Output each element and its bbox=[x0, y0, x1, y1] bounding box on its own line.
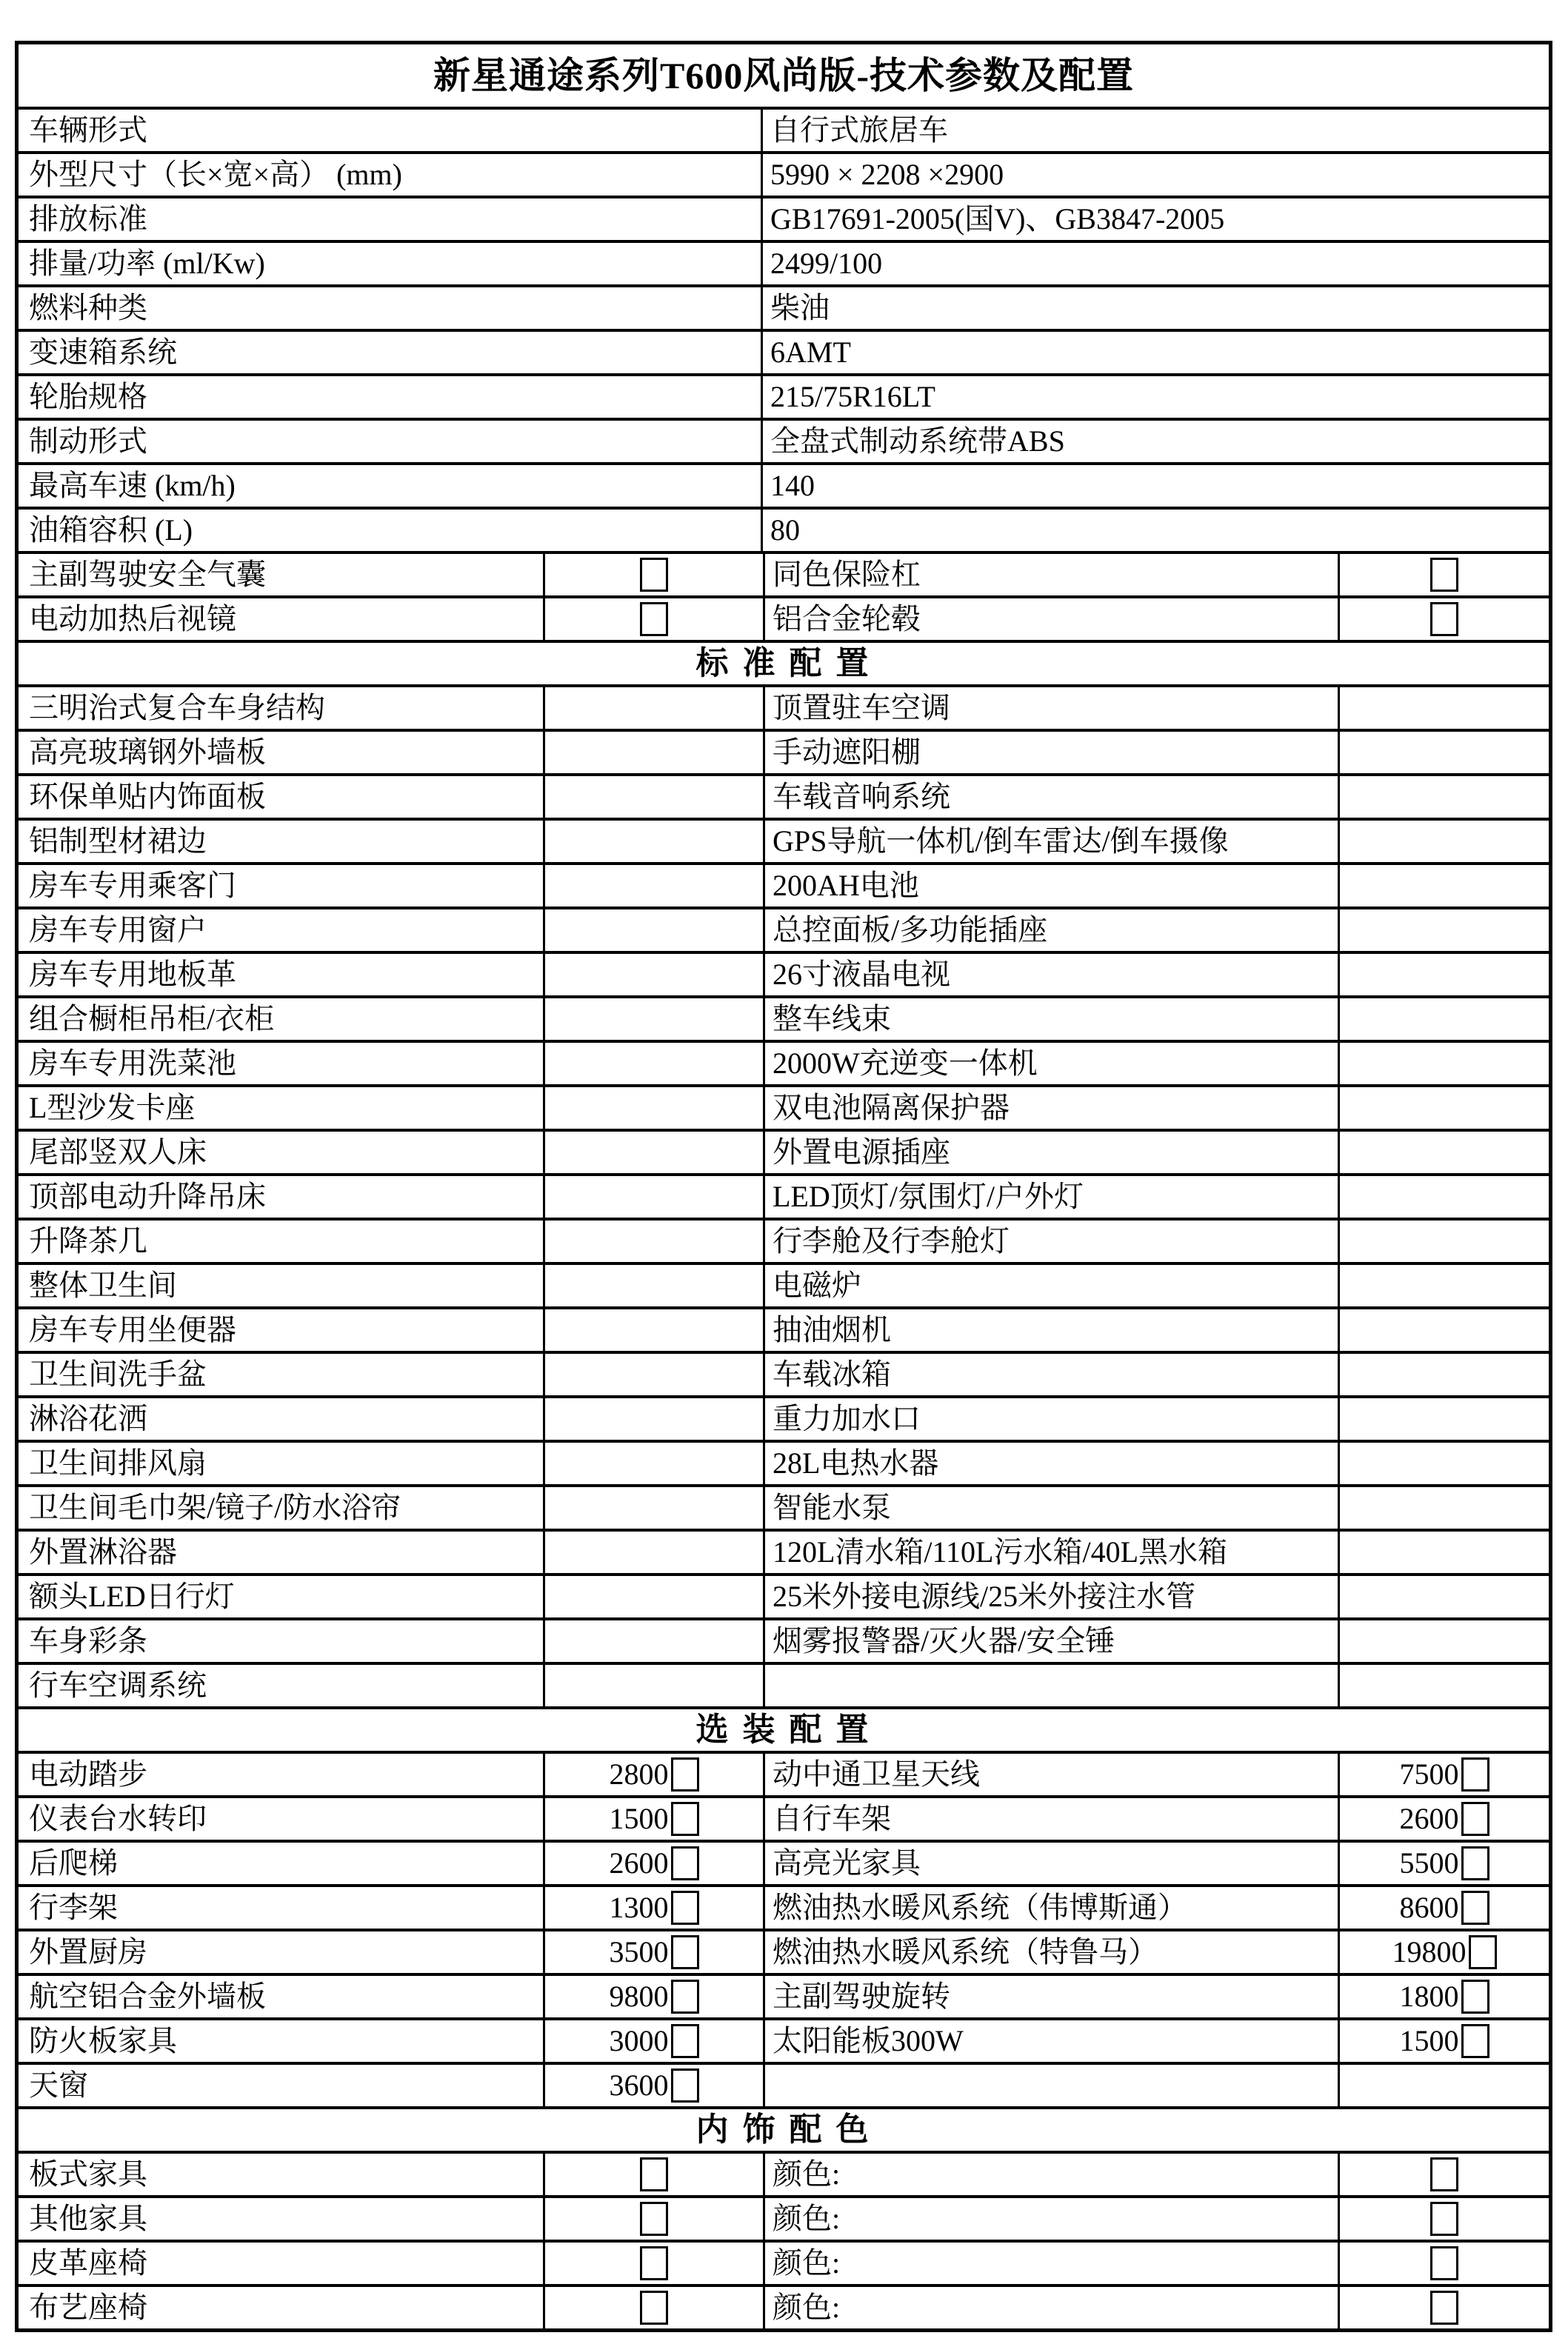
option-right-label: 太阳能板300W bbox=[773, 2026, 964, 2057]
feature-left-label: 尾部竖双人床 bbox=[29, 1137, 207, 1168]
spec-row: 轮胎规格215/75R16LT bbox=[19, 373, 1549, 418]
interior-left-checkbox-cell bbox=[543, 2287, 763, 2328]
section-header-cell: 选 装 配 置 bbox=[19, 1709, 1549, 1751]
feature-left-cell: 尾部竖双人床 bbox=[19, 1132, 543, 1173]
empty-cell bbox=[543, 1176, 763, 1218]
option-left-cell: 仪表台水转印 bbox=[19, 1798, 543, 1840]
option-right-cell: 主副驾驶旋转 bbox=[763, 1976, 1338, 2017]
empty-cell bbox=[1338, 865, 1549, 906]
standard-feature-row: 三明治式复合车身结构顶置驻车空调 bbox=[19, 684, 1549, 729]
empty-cell bbox=[1338, 687, 1549, 729]
option-checkbox[interactable] bbox=[1430, 2202, 1458, 2236]
interior-left-checkbox-cell bbox=[543, 2243, 763, 2284]
empty-cell bbox=[543, 687, 763, 729]
feature-right-label: 电磁炉 bbox=[773, 1270, 861, 1301]
spec-row: 油箱容积 (L)80 bbox=[19, 507, 1549, 551]
empty-cell bbox=[1338, 732, 1549, 773]
feature-left-label: 高亮玻璃钢外墙板 bbox=[29, 737, 266, 768]
option-right-price-cell: 19800 bbox=[1338, 1931, 1549, 1973]
empty-cell bbox=[1338, 1443, 1549, 1484]
option-checkbox[interactable] bbox=[1461, 1802, 1489, 1836]
feature-left-label: 行车空调系统 bbox=[29, 1670, 207, 1701]
option-checkbox[interactable] bbox=[671, 1757, 699, 1792]
option-right-price: 8600 bbox=[1400, 1892, 1459, 1923]
empty-cell bbox=[543, 954, 763, 995]
option-checkbox[interactable] bbox=[640, 602, 668, 636]
feature-left-cell: 卫生间洗手盆 bbox=[19, 1354, 543, 1395]
feature-left-cell: 房车专用窗户 bbox=[19, 909, 543, 951]
feature-right-label: GPS导航一体机/倒车雷达/倒车摄像 bbox=[773, 826, 1229, 857]
interior-color-cell: 颜色: bbox=[763, 2154, 1338, 2195]
option-checkbox[interactable] bbox=[671, 1935, 699, 1969]
spec-label: 车辆形式 bbox=[29, 115, 147, 146]
option-checkbox[interactable] bbox=[1430, 2291, 1458, 2325]
option-right-label: 动中通卫星天线 bbox=[773, 1759, 980, 1790]
feature-right-label: 车载音响系统 bbox=[773, 781, 950, 812]
optional-feature-row: 行李架1300燃油热水暖风系统（伟博斯通）8600 bbox=[19, 1884, 1549, 1929]
empty-cell bbox=[1338, 1043, 1549, 1084]
empty-cell bbox=[1338, 776, 1549, 818]
option-checkbox[interactable] bbox=[1461, 1891, 1489, 1925]
optional-section-header-row: 选 装 配 置 bbox=[19, 1706, 1549, 1751]
title-row: 新星通途系列T600风尚版-技术参数及配置 bbox=[19, 44, 1549, 107]
standard-feature-row: 铝制型材裙边GPS导航一体机/倒车雷达/倒车摄像 bbox=[19, 818, 1549, 862]
interior-right-checkbox-cell bbox=[1338, 2287, 1549, 2328]
optional-feature-row: 外置厨房3500燃油热水暖风系统（特鲁马）19800 bbox=[19, 1929, 1549, 1973]
spec-row: 外型尺寸（长×宽×高） (mm)5990 × 2208 ×2900 bbox=[19, 151, 1549, 196]
option-right-price: 1800 bbox=[1400, 1981, 1459, 2012]
interior-right-checkbox-cell bbox=[1338, 2154, 1549, 2195]
spec-row: 排放标准GB17691-2005(国V)、GB3847-2005 bbox=[19, 196, 1549, 240]
standard-feature-row: 房车专用洗菜池2000W充逆变一体机 bbox=[19, 1040, 1549, 1084]
feature-right-cell: 行李舱及行李舱灯 bbox=[763, 1221, 1338, 1262]
empty-cell bbox=[543, 1132, 763, 1173]
option-left-cell: 行李架 bbox=[19, 1887, 543, 1929]
standard-feature-row: 房车专用乘客门200AH电池 bbox=[19, 862, 1549, 906]
interior-item-cell: 皮革座椅 bbox=[19, 2243, 543, 2284]
feature-right-cell: LED顶灯/氛围灯/户外灯 bbox=[763, 1176, 1338, 1218]
feature-left-cell: 组合橱柜吊柜/衣柜 bbox=[19, 998, 543, 1040]
option-right-price-cell: 8600 bbox=[1338, 1887, 1549, 1929]
standard-feature-row: 房车专用窗户总控面板/多功能插座 bbox=[19, 906, 1549, 951]
interior-color-row: 板式家具颜色: bbox=[19, 2151, 1549, 2195]
equipment-row: 电动加热后视镜铝合金轮毂 bbox=[19, 595, 1549, 640]
equipment-right-checkbox-cell bbox=[1338, 554, 1549, 595]
feature-right-label: 2000W充逆变一体机 bbox=[773, 1048, 1038, 1079]
feature-left-label: 房车专用地板革 bbox=[29, 959, 236, 990]
option-right-cell: 自行车架 bbox=[763, 1798, 1338, 1840]
empty-cell bbox=[1338, 1487, 1549, 1529]
empty-cell bbox=[543, 1398, 763, 1440]
feature-left-label: 卫生间排风扇 bbox=[29, 1448, 207, 1479]
equipment-right-label: 同色保险杠 bbox=[773, 559, 921, 590]
standard-feature-row: L型沙发卡座双电池隔离保护器 bbox=[19, 1084, 1549, 1129]
spec-label: 外型尺寸（长×宽×高） (mm) bbox=[29, 159, 402, 190]
feature-left-label: 三明治式复合车身结构 bbox=[29, 692, 325, 724]
option-right-price-cell: 7500 bbox=[1338, 1754, 1549, 1795]
option-left-cell: 电动踏步 bbox=[19, 1754, 543, 1795]
spec-label: 油箱容积 (L) bbox=[29, 515, 193, 546]
title-cell: 新星通途系列T600风尚版-技术参数及配置 bbox=[19, 44, 1549, 107]
feature-left-cell: 行车空调系统 bbox=[19, 1665, 543, 1706]
option-checkbox[interactable] bbox=[671, 2068, 699, 2103]
optional-feature-row: 电动踏步2800动中通卫星天线7500 bbox=[19, 1751, 1549, 1795]
standard-feature-row: 房车专用坐便器抽油烟机 bbox=[19, 1306, 1549, 1351]
option-checkbox[interactable] bbox=[640, 2202, 668, 2236]
option-left-price-cell: 3600 bbox=[543, 2065, 763, 2106]
option-checkbox[interactable] bbox=[640, 2157, 668, 2191]
spec-value-cell: 2499/100 bbox=[761, 243, 1549, 284]
spec-label: 排量/功率 (ml/Kw) bbox=[29, 248, 265, 279]
empty-cell bbox=[1338, 1354, 1549, 1395]
spec-value: 80 bbox=[770, 515, 800, 546]
interior-item-label: 皮革座椅 bbox=[29, 2248, 147, 2279]
option-checkbox[interactable] bbox=[671, 1891, 699, 1925]
spec-value-cell: 215/75R16LT bbox=[761, 376, 1549, 418]
empty-cell bbox=[1338, 1132, 1549, 1173]
option-left-price: 2800 bbox=[610, 1759, 669, 1790]
option-left-label: 外置厨房 bbox=[29, 1937, 147, 1968]
option-checkbox[interactable] bbox=[1461, 1846, 1489, 1880]
empty-cell bbox=[1338, 1087, 1549, 1129]
feature-right-label: 手动遮阳棚 bbox=[773, 737, 921, 768]
feature-right-cell: 外置电源插座 bbox=[763, 1132, 1338, 1173]
option-checkbox[interactable] bbox=[1430, 602, 1458, 636]
option-left-price: 9800 bbox=[610, 1981, 669, 2012]
option-checkbox[interactable] bbox=[671, 1802, 699, 1836]
spec-label-cell: 车辆形式 bbox=[19, 110, 761, 151]
feature-right-label: 车载冰箱 bbox=[773, 1359, 891, 1390]
empty-cell bbox=[1338, 1665, 1549, 1706]
interior-left-checkbox-cell bbox=[543, 2198, 763, 2240]
feature-left-cell: 房车专用洗菜池 bbox=[19, 1043, 543, 1084]
feature-right-label: 总控面板/多功能插座 bbox=[773, 915, 1047, 946]
empty-cell bbox=[1338, 1176, 1549, 1218]
spec-row: 最高车速 (km/h)140 bbox=[19, 462, 1549, 507]
interior-right-checkbox-cell bbox=[1338, 2198, 1549, 2240]
empty-cell bbox=[543, 1443, 763, 1484]
spec-label: 变速箱系统 bbox=[29, 337, 177, 368]
feature-left-cell: 卫生间排风扇 bbox=[19, 1443, 543, 1484]
option-right-cell: 太阳能板300W bbox=[763, 2020, 1338, 2062]
interior-section-header-row: 内 饰 配 色 bbox=[19, 2106, 1549, 2151]
interior-color-label: 颜色: bbox=[773, 2248, 840, 2279]
feature-right-label: 25米外接电源线/25米外接注水管 bbox=[773, 1581, 1195, 1612]
spec-value: 2499/100 bbox=[770, 248, 882, 279]
section-header-label: 选 装 配 置 bbox=[696, 1713, 872, 1747]
feature-right-label: LED顶灯/氛围灯/户外灯 bbox=[773, 1181, 1084, 1212]
option-left-price: 3500 bbox=[610, 1937, 669, 1968]
equipment-right-cell: 同色保险杠 bbox=[763, 554, 1338, 595]
interior-color-row: 其他家具颜色: bbox=[19, 2195, 1549, 2240]
feature-right-label: 顶置驻车空调 bbox=[773, 692, 950, 724]
standard-feature-row: 房车专用地板革26寸液晶电视 bbox=[19, 951, 1549, 995]
spec-value: 自行式旅居车 bbox=[770, 115, 948, 146]
feature-left-cell: 房车专用乘客门 bbox=[19, 865, 543, 906]
spec-value: 215/75R16LT bbox=[770, 381, 935, 413]
spec-row: 车辆形式自行式旅居车 bbox=[19, 107, 1549, 151]
option-right-cell bbox=[763, 2065, 1338, 2106]
option-checkbox[interactable] bbox=[1461, 1980, 1489, 2014]
feature-left-label: 卫生间毛巾架/镜子/防水浴帘 bbox=[29, 1492, 401, 1523]
option-checkbox[interactable] bbox=[1461, 1757, 1489, 1792]
feature-left-label: 组合橱柜吊柜/衣柜 bbox=[29, 1004, 274, 1035]
option-right-cell: 高亮光家具 bbox=[763, 1843, 1338, 1884]
option-left-price-cell: 3500 bbox=[543, 1931, 763, 1973]
equipment-left-label: 主副驾驶安全气囊 bbox=[29, 559, 266, 590]
option-right-cell: 燃油热水暖风系统（特鲁马） bbox=[763, 1931, 1338, 1973]
equipment-left-cell: 电动加热后视镜 bbox=[19, 598, 543, 640]
option-checkbox[interactable] bbox=[1430, 2246, 1458, 2280]
option-left-label: 仪表台水转印 bbox=[29, 1803, 207, 1834]
option-right-price: 7500 bbox=[1400, 1759, 1459, 1790]
spec-label: 最高车速 (km/h) bbox=[29, 470, 236, 501]
option-right-label: 主副驾驶旋转 bbox=[773, 1981, 950, 2012]
page: 新星通途系列T600风尚版-技术参数及配置车辆形式自行式旅居车外型尺寸（长×宽×… bbox=[0, 0, 1568, 2344]
empty-cell bbox=[543, 1221, 763, 1262]
standard-feature-row: 行车空调系统 bbox=[19, 1662, 1549, 1706]
empty-cell bbox=[543, 821, 763, 862]
feature-right-cell bbox=[763, 1665, 1338, 1706]
spec-row: 制动形式全盘式制动系统带ABS bbox=[19, 418, 1549, 462]
feature-left-label: 房车专用乘客门 bbox=[29, 870, 236, 901]
empty-cell bbox=[543, 1665, 763, 1706]
feature-right-cell: 26寸液晶电视 bbox=[763, 954, 1338, 995]
standard-section-header-row: 标 准 配 置 bbox=[19, 640, 1549, 684]
spec-label-cell: 排放标准 bbox=[19, 198, 761, 240]
option-right-price: 5500 bbox=[1400, 1848, 1459, 1879]
option-left-cell: 航空铝合金外墙板 bbox=[19, 1976, 543, 2017]
standard-feature-row: 淋浴花洒重力加水口 bbox=[19, 1395, 1549, 1440]
equipment-right-checkbox-cell bbox=[1338, 598, 1549, 640]
empty-cell bbox=[543, 1309, 763, 1351]
feature-left-cell: 环保单贴内饰面板 bbox=[19, 776, 543, 818]
equipment-left-label: 电动加热后视镜 bbox=[29, 604, 236, 635]
feature-left-cell: 淋浴花洒 bbox=[19, 1398, 543, 1440]
option-checkbox[interactable] bbox=[1461, 2024, 1489, 2058]
feature-left-cell: 高亮玻璃钢外墙板 bbox=[19, 732, 543, 773]
empty-cell bbox=[1338, 1265, 1549, 1306]
spec-label-cell: 油箱容积 (L) bbox=[19, 510, 761, 551]
feature-right-cell: 200AH电池 bbox=[763, 865, 1338, 906]
feature-right-cell: 电磁炉 bbox=[763, 1265, 1338, 1306]
feature-left-label: 车身彩条 bbox=[29, 1626, 147, 1657]
option-right-label: 高亮光家具 bbox=[773, 1848, 921, 1879]
option-checkbox[interactable] bbox=[671, 2024, 699, 2058]
standard-feature-row: 升降茶几行李舱及行李舱灯 bbox=[19, 1218, 1549, 1262]
feature-right-cell: 120L清水箱/110L污水箱/40L黑水箱 bbox=[763, 1532, 1338, 1573]
interior-color-label: 颜色: bbox=[773, 2292, 840, 2323]
spec-value: 全盘式制动系统带ABS bbox=[770, 426, 1065, 457]
feature-right-label: 200AH电池 bbox=[773, 870, 919, 901]
option-right-price: 19800 bbox=[1392, 1937, 1467, 1968]
feature-right-cell: 手动遮阳棚 bbox=[763, 732, 1338, 773]
empty-cell bbox=[1338, 821, 1549, 862]
empty-cell bbox=[1338, 1576, 1549, 1617]
option-left-price-cell: 9800 bbox=[543, 1976, 763, 2017]
equipment-row: 主副驾驶安全气囊同色保险杠 bbox=[19, 551, 1549, 595]
feature-left-cell: 三明治式复合车身结构 bbox=[19, 687, 543, 729]
feature-left-cell: 房车专用地板革 bbox=[19, 954, 543, 995]
empty-cell bbox=[543, 1487, 763, 1529]
feature-right-cell: 烟雾报警器/灭火器/安全锤 bbox=[763, 1620, 1338, 1662]
option-left-cell: 天窗 bbox=[19, 2065, 543, 2106]
feature-right-cell: 车载音响系统 bbox=[763, 776, 1338, 818]
interior-item-cell: 其他家具 bbox=[19, 2198, 543, 2240]
equipment-left-checkbox-cell bbox=[543, 554, 763, 595]
empty-cell bbox=[1338, 1221, 1549, 1262]
spec-value-cell: 柴油 bbox=[761, 287, 1549, 329]
feature-right-cell: 智能水泵 bbox=[763, 1487, 1338, 1529]
spec-table: 新星通途系列T600风尚版-技术参数及配置车辆形式自行式旅居车外型尺寸（长×宽×… bbox=[15, 41, 1552, 2332]
option-left-cell: 外置厨房 bbox=[19, 1931, 543, 1973]
feature-left-cell: 外置淋浴器 bbox=[19, 1532, 543, 1573]
optional-feature-row: 后爬梯2600高亮光家具5500 bbox=[19, 1840, 1549, 1884]
standard-feature-row: 卫生间毛巾架/镜子/防水浴帘智能水泵 bbox=[19, 1484, 1549, 1529]
option-right-price-cell: 1500 bbox=[1338, 2020, 1549, 2062]
feature-left-label: 外置淋浴器 bbox=[29, 1537, 177, 1568]
feature-left-cell: 升降茶几 bbox=[19, 1221, 543, 1262]
feature-right-label: 烟雾报警器/灭火器/安全锤 bbox=[773, 1626, 1115, 1657]
feature-left-label: L型沙发卡座 bbox=[29, 1092, 195, 1123]
option-checkbox[interactable] bbox=[640, 2291, 668, 2325]
standard-feature-row: 额头LED日行灯25米外接电源线/25米外接注水管 bbox=[19, 1573, 1549, 1617]
spec-label-cell: 最高车速 (km/h) bbox=[19, 465, 761, 507]
feature-right-label: 120L清水箱/110L污水箱/40L黑水箱 bbox=[773, 1537, 1227, 1568]
standard-feature-row: 卫生间洗手盆车载冰箱 bbox=[19, 1351, 1549, 1395]
empty-cell bbox=[1338, 1309, 1549, 1351]
spec-value-cell: 80 bbox=[761, 510, 1549, 551]
interior-color-row: 布艺座椅颜色: bbox=[19, 2284, 1549, 2328]
empty-cell bbox=[543, 1620, 763, 1662]
optional-feature-row: 仪表台水转印1500自行车架2600 bbox=[19, 1795, 1549, 1840]
empty-cell bbox=[1338, 998, 1549, 1040]
standard-feature-row: 环保单贴内饰面板车载音响系统 bbox=[19, 773, 1549, 818]
feature-right-cell: 重力加水口 bbox=[763, 1398, 1338, 1440]
empty-cell bbox=[543, 776, 763, 818]
empty-cell bbox=[1338, 909, 1549, 951]
option-checkbox[interactable] bbox=[1430, 558, 1458, 592]
option-checkbox[interactable] bbox=[1469, 1935, 1497, 1969]
option-left-price-cell: 2600 bbox=[543, 1843, 763, 1884]
empty-cell bbox=[543, 732, 763, 773]
spec-value: 柴油 bbox=[770, 293, 830, 324]
feature-left-cell: 房车专用坐便器 bbox=[19, 1309, 543, 1351]
section-header-label: 内 饰 配 色 bbox=[696, 2113, 872, 2147]
interior-item-label: 其他家具 bbox=[29, 2203, 147, 2234]
option-left-label: 电动踏步 bbox=[29, 1759, 147, 1790]
interior-color-row: 皮革座椅颜色: bbox=[19, 2240, 1549, 2284]
option-left-price-cell: 3000 bbox=[543, 2020, 763, 2062]
option-left-label: 行李架 bbox=[29, 1892, 118, 1923]
feature-right-cell: 2000W充逆变一体机 bbox=[763, 1043, 1338, 1084]
empty-cell bbox=[543, 909, 763, 951]
option-left-price: 1500 bbox=[610, 1803, 669, 1834]
interior-item-label: 布艺座椅 bbox=[29, 2292, 147, 2323]
spec-value: 6AMT bbox=[770, 337, 851, 368]
option-left-price: 2600 bbox=[610, 1848, 669, 1879]
feature-left-cell: L型沙发卡座 bbox=[19, 1087, 543, 1129]
interior-color-cell: 颜色: bbox=[763, 2198, 1338, 2240]
feature-right-label: 28L电热水器 bbox=[773, 1448, 938, 1479]
option-left-label: 后爬梯 bbox=[29, 1848, 118, 1879]
feature-right-cell: GPS导航一体机/倒车雷达/倒车摄像 bbox=[763, 821, 1338, 862]
option-left-label: 防火板家具 bbox=[29, 2026, 177, 2057]
optional-feature-row: 防火板家具3000太阳能板300W1500 bbox=[19, 2017, 1549, 2062]
empty-cell bbox=[543, 1265, 763, 1306]
option-checkbox[interactable] bbox=[640, 558, 668, 592]
interior-color-cell: 颜色: bbox=[763, 2287, 1338, 2328]
feature-left-cell: 铝制型材裙边 bbox=[19, 821, 543, 862]
option-checkbox[interactable] bbox=[671, 1980, 699, 2014]
spec-label-cell: 轮胎规格 bbox=[19, 376, 761, 418]
spec-value-cell: 5990 × 2208 ×2900 bbox=[761, 154, 1549, 196]
spec-value-cell: 6AMT bbox=[761, 332, 1549, 373]
interior-color-label: 颜色: bbox=[773, 2203, 840, 2234]
option-right-price: 1500 bbox=[1400, 2026, 1459, 2057]
section-header-cell: 内 饰 配 色 bbox=[19, 2109, 1549, 2151]
option-left-cell: 防火板家具 bbox=[19, 2020, 543, 2062]
empty-cell bbox=[543, 1354, 763, 1395]
option-left-price-cell: 1300 bbox=[543, 1887, 763, 1929]
empty-cell bbox=[543, 1576, 763, 1617]
option-left-label: 天窗 bbox=[29, 2070, 88, 2101]
empty-cell bbox=[1338, 1620, 1549, 1662]
feature-right-label: 外置电源插座 bbox=[773, 1137, 950, 1168]
feature-left-label: 顶部电动升降吊床 bbox=[29, 1181, 266, 1212]
empty-cell bbox=[543, 1532, 763, 1573]
interior-color-cell: 颜色: bbox=[763, 2243, 1338, 2284]
optional-feature-row: 天窗3600 bbox=[19, 2062, 1549, 2106]
feature-right-label: 双电池隔离保护器 bbox=[773, 1092, 1010, 1123]
page-title: 新星通途系列T600风尚版-技术参数及配置 bbox=[433, 56, 1134, 96]
standard-feature-row: 整体卫生间电磁炉 bbox=[19, 1262, 1549, 1306]
interior-item-cell: 板式家具 bbox=[19, 2154, 543, 2195]
feature-right-cell: 双电池隔离保护器 bbox=[763, 1087, 1338, 1129]
section-header-cell: 标 准 配 置 bbox=[19, 643, 1549, 684]
feature-left-label: 卫生间洗手盆 bbox=[29, 1359, 207, 1390]
spec-value-cell: 自行式旅居车 bbox=[761, 110, 1549, 151]
option-checkbox[interactable] bbox=[1430, 2157, 1458, 2191]
spec-value: GB17691-2005(国V)、GB3847-2005 bbox=[770, 204, 1224, 235]
feature-left-label: 房车专用窗户 bbox=[29, 915, 207, 946]
option-checkbox[interactable] bbox=[671, 1846, 699, 1880]
option-right-cell: 动中通卫星天线 bbox=[763, 1754, 1338, 1795]
option-right-price: 2600 bbox=[1400, 1803, 1459, 1834]
feature-left-cell: 顶部电动升降吊床 bbox=[19, 1176, 543, 1218]
standard-feature-row: 高亮玻璃钢外墙板手动遮阳棚 bbox=[19, 729, 1549, 773]
spec-row: 燃料种类柴油 bbox=[19, 284, 1549, 329]
spec-row: 变速箱系统6AMT bbox=[19, 329, 1549, 373]
feature-left-label: 环保单贴内饰面板 bbox=[29, 781, 266, 812]
standard-feature-row: 尾部竖双人床外置电源插座 bbox=[19, 1129, 1549, 1173]
spec-label: 轮胎规格 bbox=[29, 381, 147, 413]
spec-value-cell: 140 bbox=[761, 465, 1549, 507]
empty-cell bbox=[543, 1087, 763, 1129]
feature-right-cell: 25米外接电源线/25米外接注水管 bbox=[763, 1576, 1338, 1617]
standard-feature-row: 车身彩条烟雾报警器/灭火器/安全锤 bbox=[19, 1617, 1549, 1662]
option-right-label: 自行车架 bbox=[773, 1803, 891, 1834]
spec-value-cell: 全盘式制动系统带ABS bbox=[761, 421, 1549, 462]
feature-left-label: 整体卫生间 bbox=[29, 1270, 177, 1301]
feature-right-label: 智能水泵 bbox=[773, 1492, 891, 1523]
feature-right-cell: 顶置驻车空调 bbox=[763, 687, 1338, 729]
option-right-price-cell bbox=[1338, 2065, 1549, 2106]
empty-cell bbox=[1338, 954, 1549, 995]
spec-value: 5990 × 2208 ×2900 bbox=[770, 159, 1004, 190]
option-checkbox[interactable] bbox=[640, 2246, 668, 2280]
option-left-label: 航空铝合金外墙板 bbox=[29, 1981, 266, 2012]
